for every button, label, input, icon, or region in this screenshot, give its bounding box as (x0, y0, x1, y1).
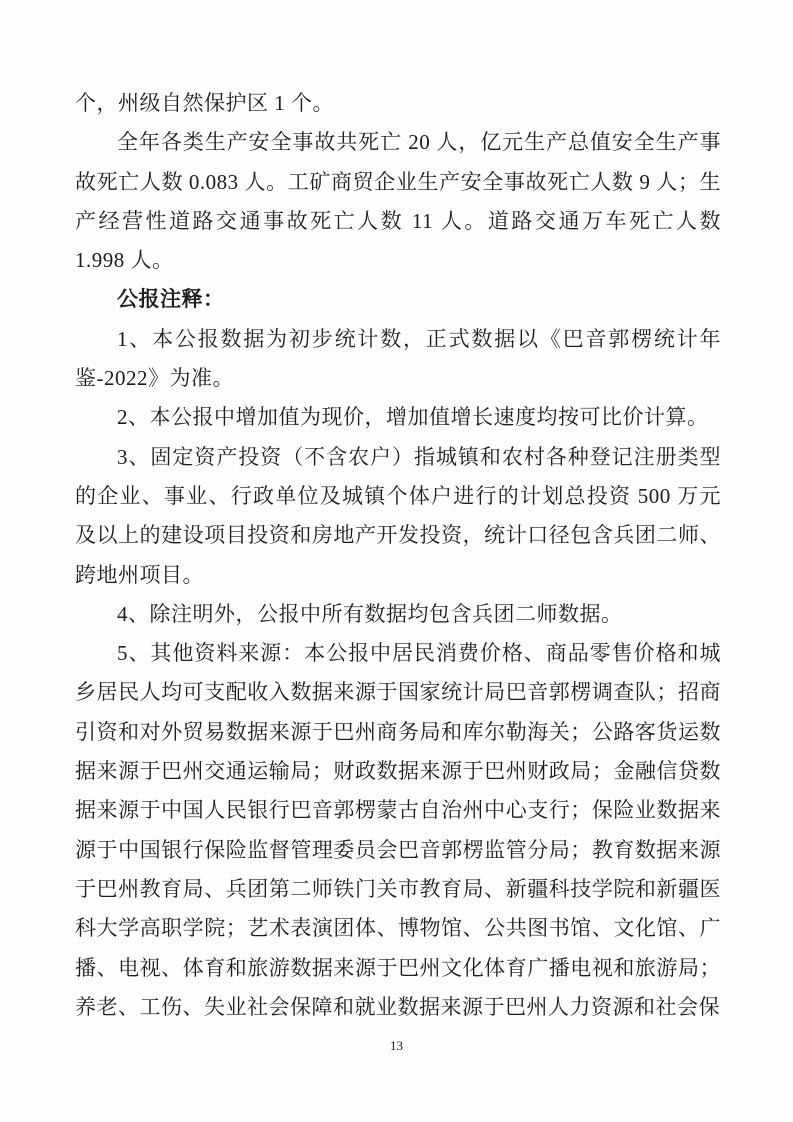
paragraph-note-4: 4、除注明外，公报中所有数据均包含兵团二师数据。 (75, 595, 721, 634)
paragraph-safety-statistics: 全年各类生产安全事故共死亡 20 人，亿元生产总值安全生产事故死亡人数 0.08… (75, 123, 721, 280)
paragraph-note-5: 5、其他资料来源：本公报中居民消费价格、商品零售价格和城乡居民人均可支配收入数据… (75, 634, 721, 1027)
page-number: 13 (0, 1038, 793, 1054)
heading-bulletin-notes: 公报注释： (75, 280, 721, 319)
paragraph-continuation: 个，州级自然保护区 1 个。 (75, 84, 721, 123)
paragraph-note-2: 2、本公报中增加值为现价，增加值增长速度均按可比价计算。 (75, 398, 721, 437)
paragraph-note-3: 3、固定资产投资（不含农户）指城镇和农村各种登记注册类型的企业、事业、行政单位及… (75, 438, 721, 595)
document-page: 个，州级自然保护区 1 个。 全年各类生产安全事故共死亡 20 人，亿元生产总值… (0, 0, 793, 1122)
paragraph-note-1: 1、本公报数据为初步统计数，正式数据以《巴音郭楞统计年鉴-2022》为准。 (75, 320, 721, 399)
document-body: 个，州级自然保护区 1 个。 全年各类生产安全事故共死亡 20 人，亿元生产总值… (75, 84, 721, 1027)
